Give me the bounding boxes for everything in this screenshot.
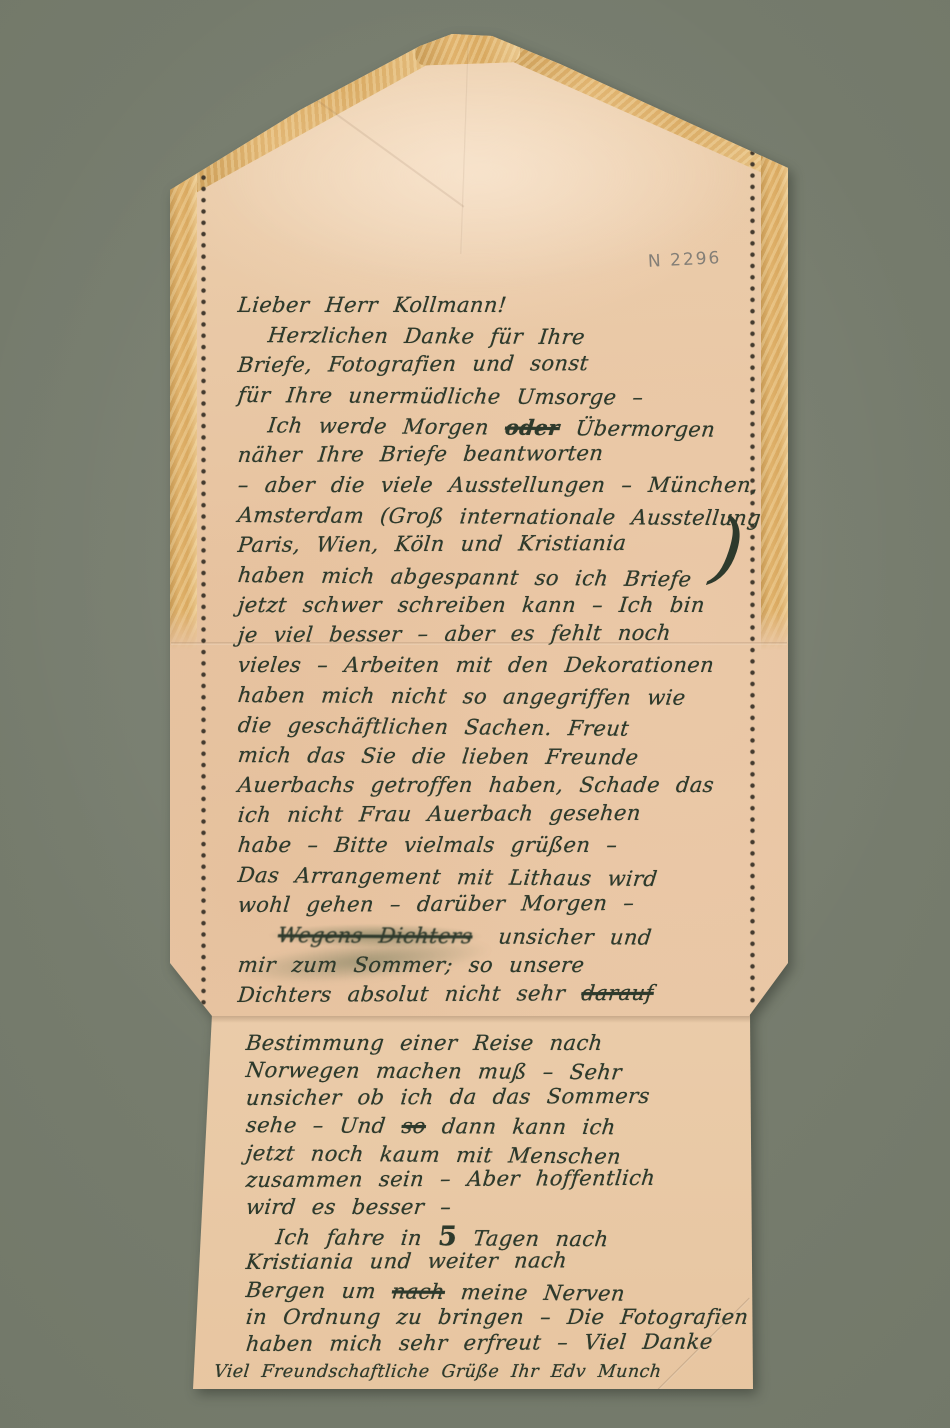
handwriting-segment: Ich werde Morgen xyxy=(267,413,507,439)
letter-line: haben mich nicht so angegriffen wie xyxy=(236,680,775,713)
letter-line: habe – Bitte vielmals grüßen – xyxy=(236,830,775,860)
letter-line: Kristiania und weiter nach xyxy=(245,1246,772,1276)
handwriting-segment: Auerbachs getroffen haben, Schade das xyxy=(237,773,716,797)
letter-line: sehe – Und so dann kann ich xyxy=(244,1112,771,1143)
letter-line: wird es besser – xyxy=(245,1194,772,1221)
handwriting-segment: Kristiania und weiter nach xyxy=(245,1248,569,1274)
handwriting-segment: wohl gehen – darüber Morgen – xyxy=(237,891,636,917)
handwriting-segment: unsicher und xyxy=(481,924,653,949)
handwriting-segment: sehe – Und xyxy=(245,1113,403,1138)
letter-line: Paris, Wien, Köln und Kristiania xyxy=(237,527,776,560)
handwriting-segment: wird es besser – xyxy=(245,1195,453,1219)
handwriting-segment: dann kann ich xyxy=(425,1114,617,1139)
handwriting-segment: die geschäftlichen Sachen. Freut xyxy=(237,713,631,741)
struck-text: nach xyxy=(391,1279,447,1304)
struck-text: so xyxy=(400,1114,427,1138)
letter-line: zusammen sein – Aber hoffentlich xyxy=(245,1164,772,1194)
handwriting-segment: näher Ihre Briefe beantworten xyxy=(237,441,605,467)
struck-text: Wegens Dichters xyxy=(267,923,484,948)
letter-line: je viel besser – aber es fehlt noch xyxy=(237,617,776,650)
handwriting-segment: mir zum Sommer; so unsere xyxy=(237,953,586,977)
letter-line: wohl gehen – darüber Morgen – xyxy=(237,887,776,920)
letter-line: ich nicht Frau Auerbach gesehen xyxy=(237,797,776,830)
handwriting-segment: je viel besser – aber es fehlt noch xyxy=(237,621,672,647)
letter-line: – aber die viele Ausstellungen – München… xyxy=(236,470,775,500)
handwriting-segment: Norwegen machen muß – Sehr xyxy=(245,1058,623,1084)
letter-line: Dichters absolut nicht sehr darauf xyxy=(237,977,776,1010)
handwriting-segment: Ich fahre in xyxy=(275,1225,440,1250)
letter-line: Bestimmung einer Reise nach xyxy=(245,1030,772,1057)
handwriting-segment: Lieber Herr Kollmann! xyxy=(237,293,508,317)
letter-card: Bestimmung einer Reise nachNorwegen mach… xyxy=(0,0,950,1428)
handwriting-segment: Dichters absolut nicht sehr xyxy=(237,981,583,1007)
letter-line: Lieber Herr Kollmann! xyxy=(236,290,775,320)
letter-line: Briefe, Fotografien und sonst xyxy=(237,347,776,380)
handwriting-segment: haben mich nicht so angegriffen wie xyxy=(237,683,687,710)
struck-text: darauf xyxy=(580,981,655,1005)
gummed-edge-left xyxy=(170,148,197,650)
handwriting-segment: mich das Sie die lieben Freunde xyxy=(237,743,640,769)
handwriting-segment: Bestimmung einer Reise nach xyxy=(245,1031,604,1055)
perforation-left xyxy=(199,150,208,1006)
letter-line: Wegens Dichters unsicher und xyxy=(236,920,775,953)
letter-line: für Ihre unermüdliche Umsorge – xyxy=(236,380,775,413)
letter-line: haben mich sehr erfreut – Viel Danke xyxy=(245,1329,772,1359)
handwriting-segment: – aber die viele Ausstellungen – München… xyxy=(237,473,760,497)
archive-number: N 2296 xyxy=(648,248,722,272)
letter-line: unsicher ob ich da das Sommers xyxy=(245,1082,772,1112)
handwriting-segment: Herzlichen Danke für Ihre xyxy=(267,323,587,349)
handwriting-segment: jetzt schwer schreiben kann – Ich bin xyxy=(237,593,706,617)
handwriting-segment: Paris, Wien, Köln und Kristiania xyxy=(237,531,628,557)
handwriting-segment: haben mich sehr erfreut – Viel Danke xyxy=(245,1330,714,1356)
letter-text-upper: Lieber Herr Kollmann!Herzlichen Danke fü… xyxy=(238,290,774,1010)
handwriting-segment: haben mich abgespannt so ich Briefe xyxy=(237,563,693,591)
handwriting-segment: unsicher ob ich da das Sommers xyxy=(245,1084,651,1110)
letter-line: Auerbachs getroffen haben, Schade das xyxy=(236,770,775,800)
letter-line: jetzt schwer schreiben kann – Ich bin xyxy=(236,590,775,620)
letter-line: Viel Freundschaftliche Grüße Ihr Edv Mun… xyxy=(213,1359,772,1386)
handwriting-segment: Das Arrangement mit Lithaus wird xyxy=(237,863,659,891)
handwriting-segment: meine Nerven xyxy=(444,1279,627,1305)
letter-line: näher Ihre Briefe beantworten xyxy=(237,437,776,470)
letter-line: mich das Sie die lieben Freunde xyxy=(236,740,775,773)
photo-background: Bestimmung einer Reise nachNorwegen mach… xyxy=(0,0,950,1428)
handwriting-segment: habe – Bitte vielmals grüßen – xyxy=(237,833,619,857)
handwriting-segment: vieles – Arbeiten mit den Dekorationen xyxy=(237,653,716,677)
handwriting-segment: jetzt noch kaum mit Menschen xyxy=(245,1141,623,1169)
handwriting-segment: Viel Freundschaftliche Grüße Ihr Edv Mun… xyxy=(213,1362,662,1382)
handwriting-segment: zusammen sein – Aber hoffentlich xyxy=(245,1166,657,1192)
letter-text-lower: Bestimmung einer Reise nachNorwegen mach… xyxy=(246,1030,770,1386)
handwriting-segment: Amsterdam (Groß internationale Ausstellu… xyxy=(237,503,763,530)
struck-text: oder xyxy=(504,415,562,441)
handwriting-segment: ich nicht Frau Auerbach gesehen xyxy=(237,801,642,827)
handwriting-segment: Bergen um xyxy=(245,1278,394,1303)
letter-line: mir zum Sommer; so unsere xyxy=(236,950,775,980)
handwriting-segment: für Ihre unermüdliche Umsorge – xyxy=(237,383,645,409)
handwriting-segment: in Ordnung zu bringen – Die Fotografien xyxy=(245,1305,750,1329)
letter-line: in Ordnung zu bringen – Die Fotografien xyxy=(245,1304,772,1331)
handwriting-segment: Briefe, Fotografien und sonst xyxy=(237,351,590,377)
letter-line: vieles – Arbeiten mit den Dekorationen xyxy=(236,650,775,680)
